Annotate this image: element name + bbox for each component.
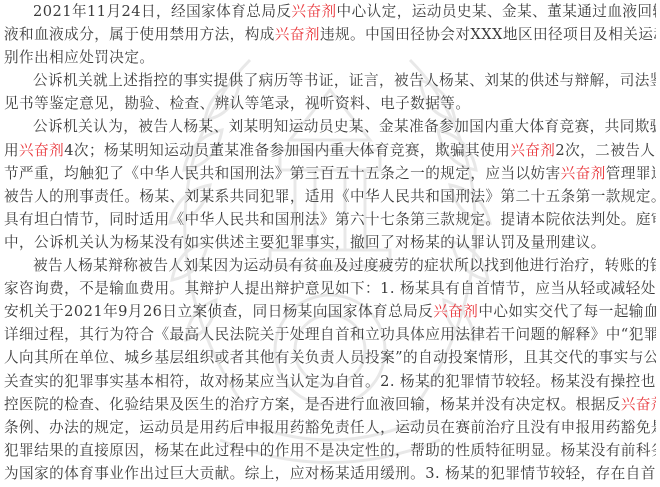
text-line: 别作出相应处罚决定。 (4, 46, 656, 69)
text-line: 液和血液成分，属于使用禁用方法，构成兴奋剂违规。中国田径协会对XXX地区田径项目… (4, 23, 656, 46)
highlighted-keyword: 兴奋剂 (19, 142, 64, 159)
text-segment: 控医院的检查、化验结果及医生的治疗方案，是否进行血液回输，杨某并没有决定权。根据… (4, 396, 621, 413)
text-line: 用兴奋剂4次；杨某明知运动员董某准备参加国内重大体育竞赛，欺骗其使用兴奋剂2次，… (4, 139, 656, 162)
text-line: 中，公诉机关认为杨某没有如实供述主要犯罪事实，撤回了对杨某的认罪认罚及量刑建议。 (4, 231, 656, 254)
text-segment: 节严重，均触犯了《中华人民共和国刑法》第三百五十五条之一的规定，应当以妨害 (4, 165, 561, 182)
text-line: 节严重，均触犯了《中华人民共和国刑法》第三百五十五条之一的规定，应当以妨害兴奋剂… (4, 162, 656, 185)
text-segment: 见书等鉴定意见，勘验、检查、辨认等笔录，视听资料、电子数据等。 (4, 95, 470, 112)
text-segment: 液和血液成分，属于使用禁用方法，构成 (4, 26, 275, 43)
text-line: 控医院的检查、化验结果及医生的治疗方案，是否进行血液回输，杨某并没有决定权。根据… (4, 393, 656, 416)
text-line: 安机关于2021年9月26日立案侦查，同日杨某向国家体育总局反兴奋剂中心如实交代… (4, 300, 656, 323)
text-segment: 中心认定，运动员史某、金某、董某通过血液回输篡改血 (337, 3, 656, 20)
text-segment: 4次；杨某明知运动员董某准备参加国内重大体育竞赛，欺骗其使用 (64, 142, 510, 159)
text-segment: 人向其所在单位、城乡基层组织或者其他有关负责人员投案”的自动投案情形，且其交代的… (4, 349, 656, 366)
text-line: 被告人的刑事责任。杨某、刘某系共同犯罪，适用《中华人民共和国刑法》第二十五条第一… (4, 185, 656, 208)
text-line: 犯罪结果的直接原因，杨某在此过程中的作用不是决定性的，帮助的性质特征明显。杨某没… (4, 439, 656, 462)
text-segment: 详细过程，其行为符合《最高人民法院关于处理自首和立功具体应用法律若干问题的解释》… (4, 326, 656, 343)
text-line: 为国家的体育事业作出过巨大贡献。综上，应对杨某适用缓刑。3. 杨某的犯罪情节较轻… (4, 462, 656, 485)
text-segment: 违规。中国田径协会对XXX地区田径项目及相关运动员分 (320, 26, 656, 43)
text-line: 2021年11月24日，经国家体育总局反兴奋剂中心认定，运动员史某、金某、董某通… (4, 0, 656, 23)
text-segment: 条例、办法的规定，运动员是用药后申报用药豁免责任人，运动员在赛前治疗且没有申报用… (4, 419, 656, 436)
text-segment: 2次，二被告人行为情 (555, 142, 656, 159)
text-segment: 关查实的犯罪事实基本相符，故对杨某应当认定为自首。2. 杨某的犯罪情节较轻。杨某… (4, 373, 656, 390)
text-line: 公诉机关认为，被告人杨某、刘某明知运动员史某、金某准备参加国内重大体育竞赛，共同… (4, 115, 656, 138)
text-line: 见书等鉴定意见，勘验、检查、辨认等笔录，视听资料、电子数据等。 (4, 92, 656, 115)
highlighted-keyword: 兴奋剂 (275, 26, 320, 43)
text-segment: 用 (4, 142, 19, 159)
text-segment: 别作出相应处罚决定。 (4, 49, 154, 66)
text-segment: 中，公诉机关认为杨某没有如实供述主要犯罪事实，撤回了对杨某的认罪认罚及量刑建议。 (4, 234, 606, 251)
highlighted-keyword: 兴奋剂 (510, 142, 555, 159)
text-line: 被告人杨某辩称被告人刘某因为运动员有贫血及过度疲劳的症状所以找到他进行治疗，转账… (4, 254, 656, 277)
highlighted-keyword: 兴奋剂 (433, 303, 478, 320)
text-segment: 公诉机关就上述指控的事实提供了病历等书证，证言，被告人杨某、刘某的供述与辩解，司… (33, 72, 656, 89)
text-segment: 被告人的刑事责任。杨某、刘某系共同犯罪，适用《中华人民共和国刑法》第二十五条第一… (4, 188, 656, 205)
text-line: 详细过程，其行为符合《最高人民法院关于处理自首和立功具体应用法律若干问题的解释》… (4, 323, 656, 346)
text-line: 具有坦白情节，同时适用《中华人民共和国刑法》第六十七条第三款规定。提请本院依法判… (4, 208, 656, 231)
text-segment: 为国家的体育事业作出过巨大贡献。综上，应对杨某适用缓刑。3. 杨某的犯罪情节较轻… (4, 465, 656, 482)
text-segment: 管理罪追究二 (606, 165, 656, 182)
text-line: 条例、办法的规定，运动员是用药后申报用药豁免责任人，运动员在赛前治疗且没有申报用… (4, 416, 656, 439)
text-segment: 2021年11月24日，经国家体育总局反 (33, 3, 291, 20)
text-line: 家咨询费，不是输血费用。其辩护人提出辩护意见如下：1. 杨某具有自首情节，应当从… (4, 277, 656, 300)
document-body: 2021年11月24日，经国家体育总局反兴奋剂中心认定，运动员史某、金某、董某通… (4, 0, 656, 485)
text-segment: 被告人杨某辩称被告人刘某因为运动员有贫血及过度疲劳的症状所以找到他进行治疗，转账… (33, 257, 656, 274)
text-segment: 家咨询费，不是输血费用。其辩护人提出辩护意见如下：1. 杨某具有自首情节，应当从… (4, 280, 656, 297)
highlighted-keyword: 兴奋剂 (561, 165, 606, 182)
text-line: 人向其所在单位、城乡基层组织或者其他有关负责人员投案”的自动投案情形，且其交代的… (4, 346, 656, 369)
text-segment: 中心如实交代了每一起输血事件的 (478, 303, 656, 320)
text-line: 公诉机关就上述指控的事实提供了病历等书证，证言，被告人杨某、刘某的供述与辩解，司… (4, 69, 656, 92)
text-line: 关查实的犯罪事实基本相符，故对杨某应当认定为自首。2. 杨某的犯罪情节较轻。杨某… (4, 370, 656, 393)
text-segment: 具有坦白情节，同时适用《中华人民共和国刑法》第六十七条第三款规定。提请本院依法判… (4, 211, 656, 228)
text-segment: 安机关于2021年9月26日立案侦查，同日杨某向国家体育总局反 (4, 303, 433, 320)
text-segment: 公诉机关认为，被告人杨某、刘某明知运动员史某、金某准备参加国内重大体育竞赛，共同… (33, 118, 656, 135)
highlighted-keyword: 兴奋剂 (621, 396, 656, 413)
text-segment: 犯罪结果的直接原因，杨某在此过程中的作用不是决定性的，帮助的性质特征明显。杨某没… (4, 442, 656, 459)
highlighted-keyword: 兴奋剂 (291, 3, 336, 20)
